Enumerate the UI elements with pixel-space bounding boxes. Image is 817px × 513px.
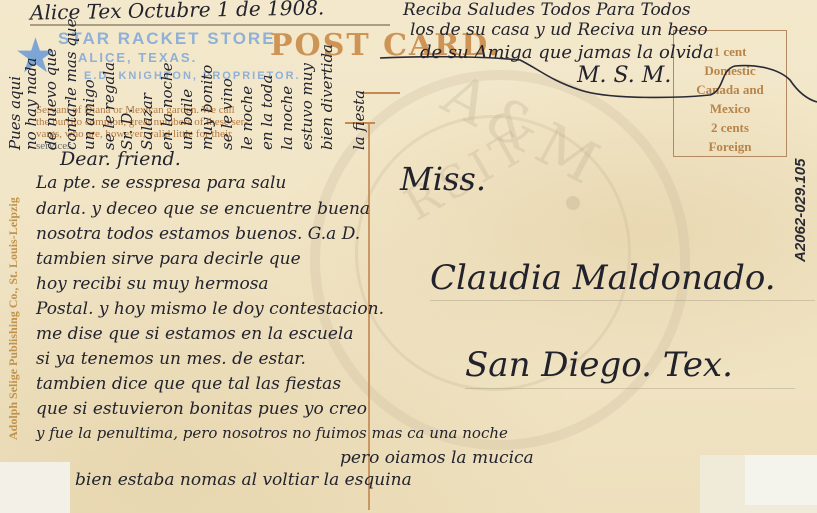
stamp-line: Foreign bbox=[674, 137, 786, 156]
greeting-line: Reciba Saludes Todos Para Todos bbox=[403, 0, 691, 20]
message-line: nosotra todos estamos buenos. G.a D. bbox=[36, 224, 360, 244]
greeting-line: los de su casa y ud Reciva un beso bbox=[410, 20, 708, 40]
vertical-note: Salazar bbox=[138, 93, 156, 150]
tape-remnant bbox=[745, 455, 817, 505]
header-rule bbox=[30, 24, 390, 26]
vertical-note: muy bonito bbox=[198, 65, 216, 150]
message-line: Postal. y hoy mismo le doy contestacion. bbox=[36, 299, 384, 319]
vertical-note: en la toda bbox=[258, 75, 276, 150]
message-line: y fue la penultima, pero nosotros no fui… bbox=[36, 424, 508, 442]
vertical-note: bien divertida bbox=[318, 44, 336, 150]
catalog-number: A2062-029.105 bbox=[792, 159, 809, 262]
seal-dot bbox=[566, 196, 580, 210]
message-line: me dise que si estamos en la escuela bbox=[36, 324, 353, 344]
vertical-note: no hay nada bbox=[22, 58, 40, 150]
publisher-imprint: Adolph Selige Publishing Co., St. Louis-… bbox=[6, 197, 21, 440]
vertical-note: Sr. D. bbox=[118, 108, 136, 150]
store-name: STAR RACKET STORE bbox=[58, 29, 276, 49]
address-line-name: Claudia Maldonado. bbox=[430, 258, 776, 298]
vertical-note: un amigo bbox=[80, 79, 98, 150]
address-rule bbox=[430, 300, 815, 301]
message-line: pero oiamos la mucica bbox=[340, 448, 534, 468]
vertical-note: le noche bbox=[238, 86, 256, 150]
message-line: La pte. se esspresa para salu bbox=[36, 173, 286, 193]
address-line-city: San Diego. Tex. bbox=[465, 345, 733, 385]
message-line: darla. y deceo que se encuentre buena bbox=[36, 199, 370, 219]
vertical-note: contarle mas que bbox=[62, 19, 80, 150]
stamp-line: 2 cents bbox=[674, 118, 786, 137]
vertical-note: se le vino bbox=[218, 78, 236, 150]
postcard-back: A&M RSIT ★ STAR RACKET STORE ALICE, TEXA… bbox=[0, 0, 817, 513]
message-line: si ya tenemos un mes. de estar. bbox=[36, 349, 306, 369]
message-line: hoy recibi su muy hermosa bbox=[36, 274, 269, 294]
message-line: bien estaba nomas al voltiar la esquina bbox=[75, 470, 412, 490]
salutation: Dear. friend. bbox=[60, 148, 181, 170]
vertical-note: un baile bbox=[178, 89, 196, 150]
vertical-note: en la noche bbox=[158, 63, 176, 150]
vertical-note: la noche bbox=[278, 86, 296, 150]
store-city: ALICE, TEXAS. bbox=[78, 50, 197, 65]
address-line-title: Miss. bbox=[400, 160, 486, 198]
address-rule bbox=[465, 388, 795, 389]
vertical-note: estuvo muy bbox=[298, 63, 316, 150]
tape-remnant bbox=[0, 462, 70, 513]
vertical-note: de nuevo que bbox=[42, 48, 60, 150]
signature-enclosure-line bbox=[380, 40, 817, 120]
vertical-note: la fiesta bbox=[350, 90, 368, 150]
vertical-note: se le regala bbox=[100, 62, 118, 150]
message-line: que si estuvieron bonitas pues yo creo bbox=[36, 399, 367, 419]
message-line: tambien sirve para decirle que bbox=[36, 249, 301, 269]
message-line: tambien dice que que tal las fiestas bbox=[36, 374, 341, 394]
